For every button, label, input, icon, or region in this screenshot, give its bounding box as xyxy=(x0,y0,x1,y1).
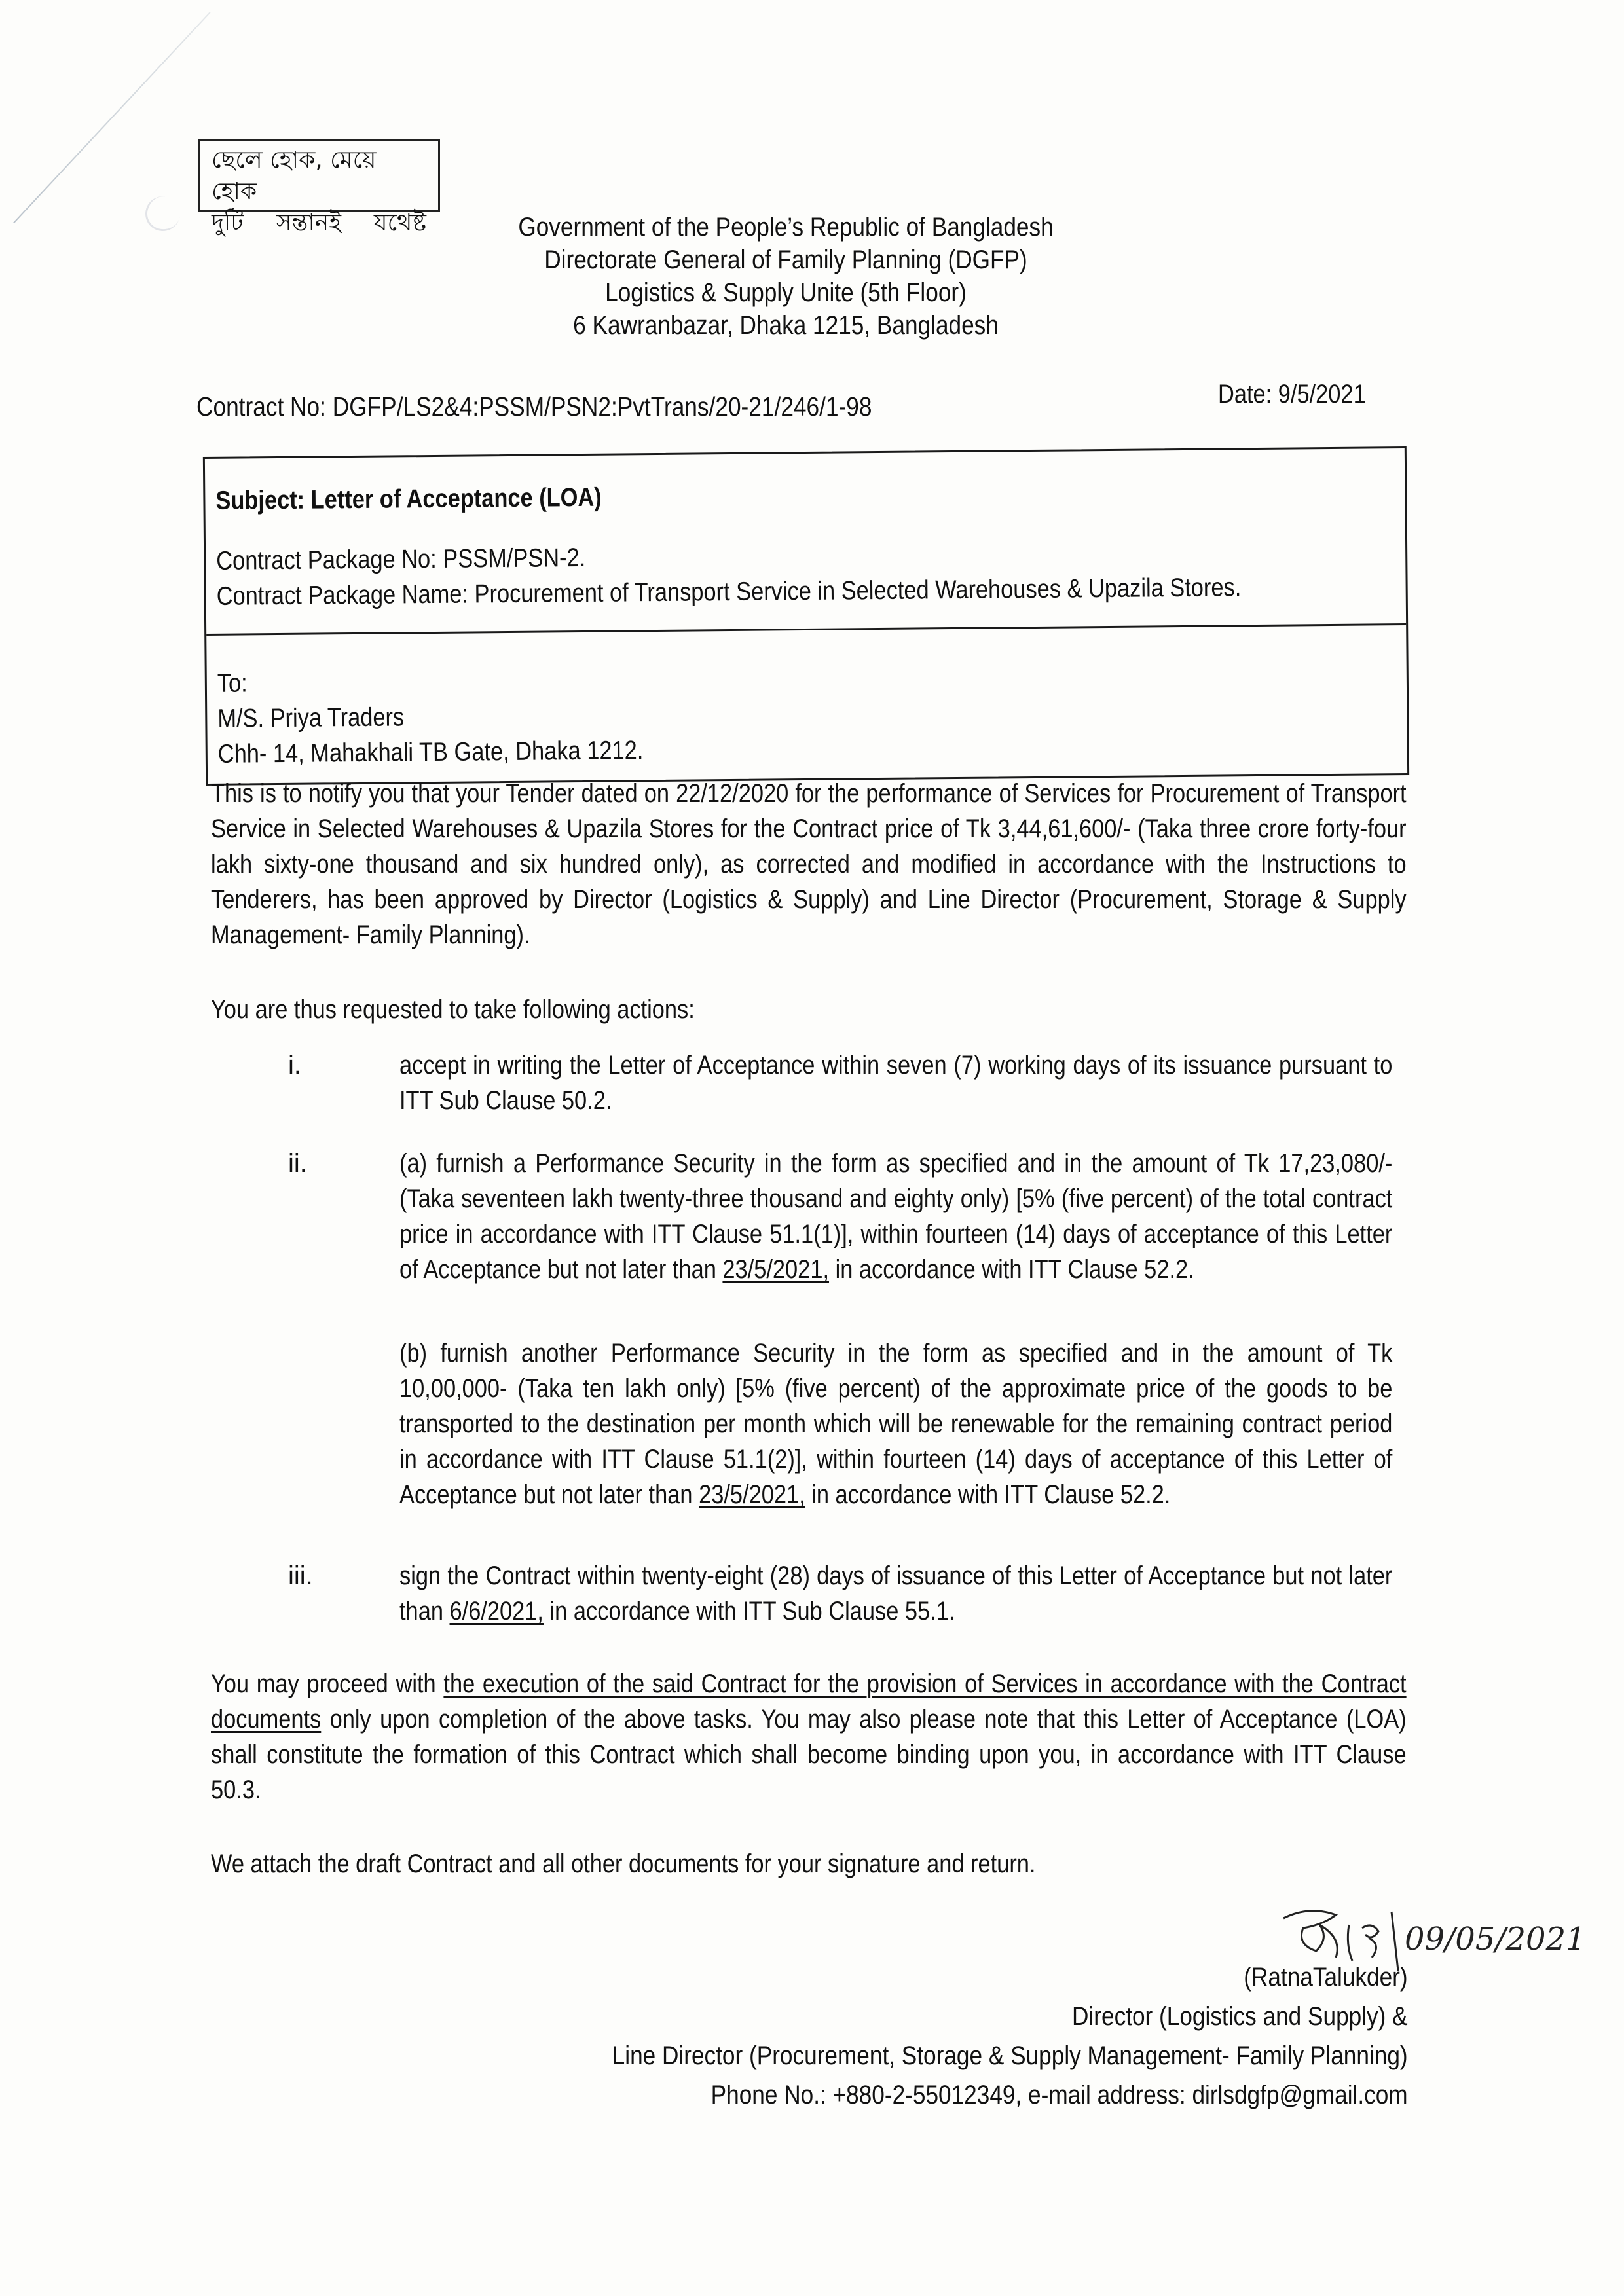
subject-section: Subject: Letter of Acceptance (LOA) Cont… xyxy=(205,448,1406,636)
deadline-date: 23/5/2021, xyxy=(722,1255,829,1284)
recipient-section: To: M/S. Priya Traders Chh- 14, Mahakhal… xyxy=(206,625,1407,784)
svg-text:09/05/2021: 09/05/2021 xyxy=(1405,1921,1585,1958)
signatory-title-2: Line Director (Procurement, Storage & Su… xyxy=(612,2036,1408,2075)
letter-date: Date: 9/5/2021 xyxy=(1218,380,1366,409)
action-text: sign the Contract within twenty-eight (2… xyxy=(399,1558,1395,1629)
signatory-title-1: Director (Logistics and Supply) & xyxy=(612,1997,1408,2036)
family-planning-slogan-box: ছেলে হোক, মেয়ে হোক দুটি সন্তানই যথেষ্ট xyxy=(198,139,440,212)
paper-fold-line xyxy=(13,12,211,223)
contract-number: Contract No: DGFP/LS2&4:PSSM/PSN2:PvtTra… xyxy=(196,392,872,422)
intro-paragraph: This is to notify you that your Tender d… xyxy=(211,776,1409,953)
letter-date-label: Date: xyxy=(1218,380,1272,409)
contract-number-label: Contract No: xyxy=(196,392,326,422)
signatory-name: (RatnaTalukder) xyxy=(612,1958,1408,1997)
slogan-word: যথেষ্ট xyxy=(374,208,426,239)
letterhead-government: Government of the People’s Republic of B… xyxy=(498,211,1074,244)
contract-number-value: DGFP/LS2&4:PSSM/PSN2:PvtTrans/20-21/246/… xyxy=(333,392,872,422)
deadline-date: 6/6/2021, xyxy=(450,1597,544,1626)
action-text-b: (b) furnish another Performance Security… xyxy=(399,1336,1395,1512)
actions-intro: You are thus requested to take following… xyxy=(211,992,1409,1027)
letterhead: Government of the People’s Republic of B… xyxy=(498,211,1074,342)
slogan-line-1: ছেলে হোক, মেয়ে হোক xyxy=(212,145,426,208)
action-number: iii. xyxy=(288,1558,354,1594)
action-number: i. xyxy=(288,1048,354,1083)
slogan-word: দুটি xyxy=(212,208,244,239)
proceed-paragraph: You may proceed with the execution of th… xyxy=(211,1666,1409,1808)
slogan-word: সন্তানই xyxy=(276,208,341,239)
deadline-date: 23/5/2021, xyxy=(699,1480,805,1509)
action-number: ii. xyxy=(288,1146,354,1181)
letterhead-unit: Logistics & Supply Unite (5th Floor) xyxy=(498,276,1074,309)
letterhead-address: 6 Kawranbazar, Dhaka 1215, Bangladesh xyxy=(498,309,1074,342)
action-text-a: (a) furnish a Performance Security in th… xyxy=(399,1146,1395,1287)
attachment-note: We attach the draft Contract and all oth… xyxy=(211,1846,1409,1882)
subject-title: Subject: Letter of Acceptance (LOA) xyxy=(215,477,1229,516)
signatory-contact: Phone No.: +880-2-55012349, e-mail addre… xyxy=(612,2075,1408,2115)
subject-box: Subject: Letter of Acceptance (LOA) Cont… xyxy=(203,446,1409,786)
signature-block: (RatnaTalukder) Director (Logistics and … xyxy=(504,1958,1408,2115)
letter-date-value: 9/5/2021 xyxy=(1278,380,1366,409)
slogan-line-2: দুটি সন্তানই যথেষ্ট xyxy=(212,208,426,239)
letterhead-directorate: Directorate General of Family Planning (… xyxy=(498,244,1074,276)
action-text: accept in writing the Letter of Acceptan… xyxy=(399,1048,1395,1118)
punch-hole-mark xyxy=(143,194,183,234)
